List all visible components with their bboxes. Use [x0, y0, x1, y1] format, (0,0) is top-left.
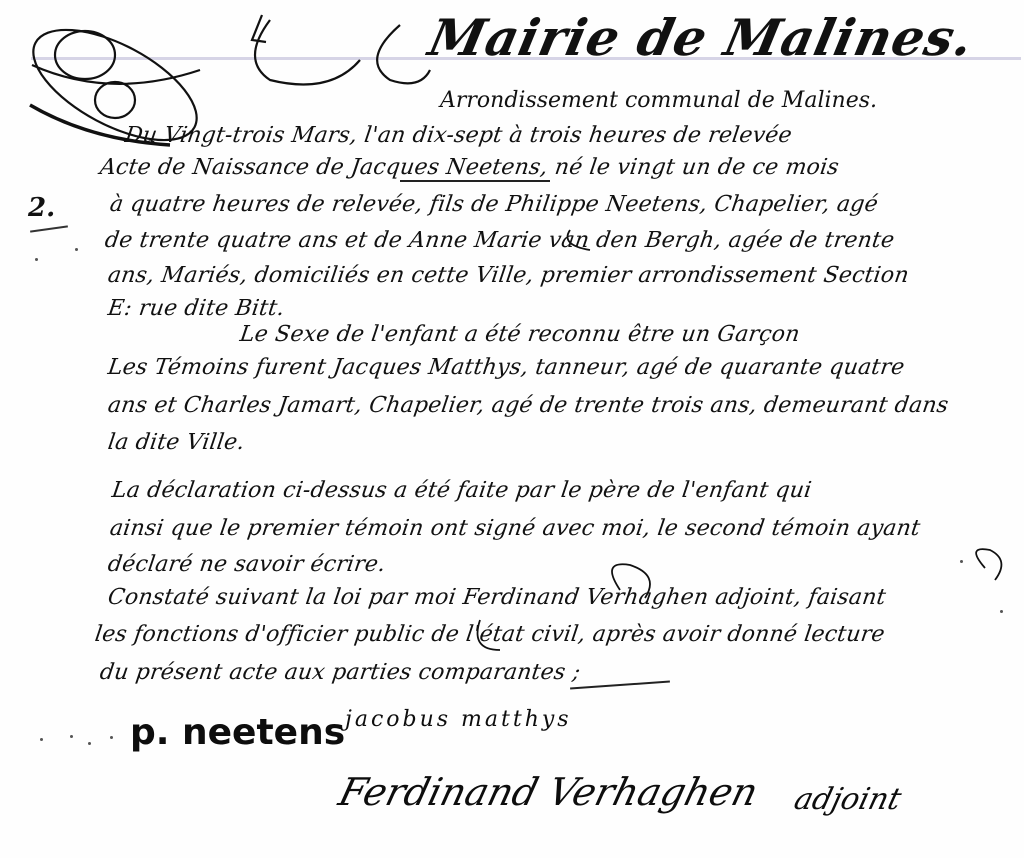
record-line: E: rue dite Bitt. — [106, 296, 286, 321]
record-line: la dite Ville. — [106, 430, 246, 455]
record-line: Les Témoins furent Jacques Matthys, tann… — [106, 355, 906, 380]
scan-speck — [35, 258, 38, 261]
signature-father: p. neetens — [130, 712, 345, 753]
record-line: à quatre heures de relevée, fils de Phil… — [108, 192, 879, 217]
scan-speck — [110, 736, 113, 739]
record-line: ans et Charles Jamart, Chapelier, agé de… — [106, 393, 950, 418]
signature-officer-role: adjoint — [791, 782, 905, 817]
record-line: Constaté suivant la loi par moi Ferdinan… — [106, 585, 887, 610]
scan-speck — [88, 742, 91, 745]
scan-speck — [75, 248, 78, 251]
record-line: Acte de Naissance de Jacques Neetens, né… — [98, 155, 840, 180]
name-underline — [400, 180, 550, 182]
record-line: du présent acte aux parties comparantes … — [98, 660, 582, 685]
scan-speck — [70, 735, 73, 738]
record-line: de trente quatre ans et de Anne Marie va… — [103, 228, 896, 253]
margin-entry-number: 2. — [28, 193, 55, 223]
document-title: Mairie de Malines. — [424, 8, 979, 67]
record-line: Le Sexe de l'enfant a été reconnu être u… — [238, 322, 801, 347]
margin-dash — [30, 225, 68, 232]
record-line: les fonctions d'officier public de l'éta… — [93, 622, 886, 647]
record-line: déclaré ne savoir écrire. — [106, 552, 387, 577]
document-subtitle: Arrondissement communal de Malines. — [440, 88, 877, 113]
record-line: La déclaration ci-dessus a été faite par… — [110, 478, 813, 503]
signature-officer: Ferdinand Verhaghen — [335, 770, 763, 814]
signature-witness: jacobus matthys — [345, 707, 572, 732]
scanned-document-page: Mairie de Malines. Arrondissement commun… — [0, 0, 1024, 858]
record-line: ainsi que le premier témoin ont signé av… — [108, 516, 922, 541]
scan-speck — [40, 738, 43, 741]
record-line: ans, Mariés, domiciliés en cette Ville, … — [106, 263, 910, 288]
scan-speck — [1000, 610, 1003, 613]
closing-underline — [570, 681, 670, 690]
scan-speck — [960, 560, 963, 563]
record-line: Du Vingt-trois Mars, l'an dix-sept à tro… — [123, 123, 793, 148]
